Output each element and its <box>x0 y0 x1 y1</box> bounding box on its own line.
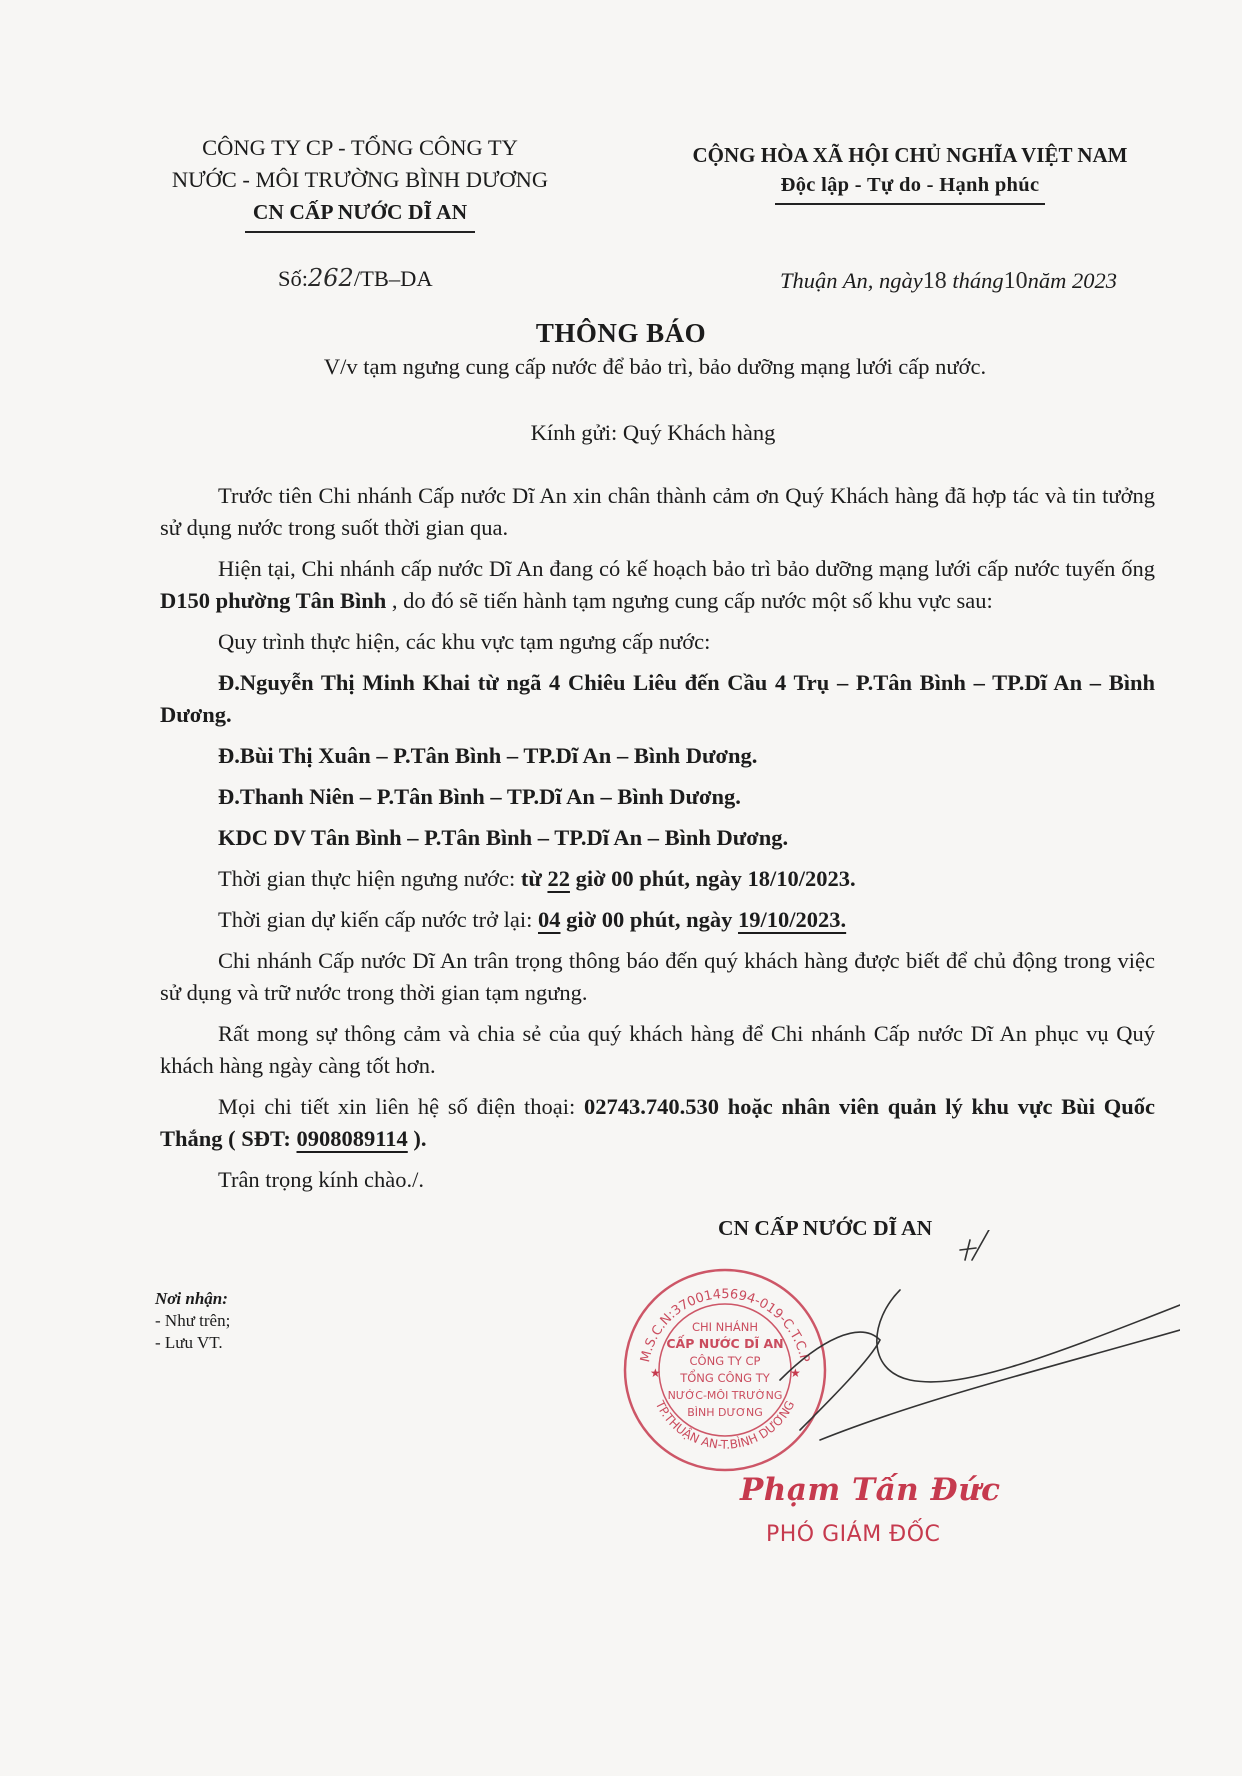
recipient-item: - Lưu VT. <box>155 1332 230 1354</box>
affected-area: KDC DV Tân Bình – P.Tân Bình – TP.Dĩ An … <box>160 822 1155 854</box>
svg-text:BÌNH DƯƠNG: BÌNH DƯƠNG <box>687 1406 763 1419</box>
doc-number-suffix: /TB–DA <box>354 266 433 291</box>
stop-time: Thời gian thực hiện ngưng nước: từ 22 gi… <box>160 863 1155 895</box>
greeting: Kính gửi: Quý Khách hàng <box>0 420 1242 446</box>
stop-from: từ <box>521 866 548 891</box>
doc-number-handwritten: 262 <box>308 264 354 292</box>
document-body: Trước tiên Chi nhánh Cấp nước Dĩ An xin … <box>160 480 1155 1205</box>
issue-date: Thuận An, ngày18 tháng10năm 2023 <box>780 268 1117 295</box>
resume-time-mid: giờ 00 phút, ngày <box>561 907 739 932</box>
date-month-label: tháng <box>952 268 1003 293</box>
contact-phone: 02743.740.530 <box>584 1094 719 1119</box>
contact-end: ). <box>408 1126 427 1151</box>
stop-hour: 22 <box>547 866 570 891</box>
resume-time: Thời gian dự kiến cấp nước trở lại: 04 g… <box>160 904 1155 936</box>
date-month: 10 <box>1004 268 1028 294</box>
signatory-title: PHÓ GIÁM ĐỐC <box>766 1522 940 1547</box>
nation-name: CỘNG HÒA XÃ HỘI CHỦ NGHĨA VIỆT NAM <box>650 140 1170 170</box>
date-day: 18 <box>923 268 947 294</box>
issuer-line-1: CÔNG TY CP - TỔNG CÔNG TY <box>140 132 580 164</box>
stop-time-rest: giờ 00 phút, ngày 18/10/2023. <box>570 866 856 891</box>
paragraph-maintenance-plan: Hiện tại, Chi nhánh cấp nước Dĩ An đang … <box>160 553 1155 617</box>
issuer-underline <box>245 231 475 233</box>
closing: Trân trọng kính chào./. <box>160 1164 1155 1196</box>
handwritten-signature-icon <box>760 1230 1180 1450</box>
svg-text:CÔNG TY CP: CÔNG TY CP <box>690 1353 761 1368</box>
affected-area: Đ.Thanh Niên – P.Tân Bình – TP.Dĩ An – B… <box>160 781 1155 813</box>
issuer-line-2: NƯỚC - MÔI TRƯỜNG BÌNH DƯƠNG <box>140 164 580 196</box>
national-header: CỘNG HÒA XÃ HỘI CHỦ NGHĨA VIỆT NAM Độc l… <box>650 140 1170 205</box>
resume-hour: 04 <box>538 907 561 932</box>
issuer-header: CÔNG TY CP - TỔNG CÔNG TY NƯỚC - MÔI TRƯ… <box>140 132 580 233</box>
stop-time-label: Thời gian thực hiện ngưng nước: <box>218 866 521 891</box>
affected-area: Đ.Bùi Thị Xuân – P.Tân Bình – TP.Dĩ An –… <box>160 740 1155 772</box>
date-year: năm 2023 <box>1028 268 1117 293</box>
paragraph-contact: Mọi chi tiết xin liên hệ số điện thoại: … <box>160 1091 1155 1155</box>
national-motto: Độc lập - Tự do - Hạnh phúc <box>650 170 1170 200</box>
document-title: THÔNG BÁO <box>0 318 1242 349</box>
motto-underline <box>775 203 1045 205</box>
contact-text: Mọi chi tiết xin liên hệ số điện thoại: <box>218 1094 584 1119</box>
paragraph-apology: Rất mong sự thông cảm và chia sẻ của quý… <box>160 1018 1155 1082</box>
contact-mobile: 0908089114 <box>297 1126 408 1151</box>
paragraph-notice: Chi nhánh Cấp nước Dĩ An trân trọng thôn… <box>160 945 1155 1009</box>
pipeline-location: D150 phường Tân Bình <box>160 588 386 613</box>
doc-number-prefix: Số: <box>278 266 308 291</box>
paragraph-thanks-intro: Trước tiên Chi nhánh Cấp nước Dĩ An xin … <box>160 480 1155 544</box>
recipient-item: - Như trên; <box>155 1310 230 1332</box>
resume-date: 19/10/2023. <box>738 907 846 932</box>
signatory-name: Phạm Tấn Đức <box>740 1472 1001 1508</box>
resume-time-label: Thời gian dự kiến cấp nước trở lại: <box>218 907 538 932</box>
issuer-branch: CN CẤP NƯỚC DĨ AN <box>140 196 580 228</box>
paragraph-areas-intro: Quy trình thực hiện, các khu vực tạm ngư… <box>160 626 1155 658</box>
document-number: Số:262/TB–DA <box>278 264 433 292</box>
recipients: Nơi nhận: - Như trên; - Lưu VT. <box>155 1288 230 1354</box>
svg-text:TỔNG CÔNG TY: TỔNG CÔNG TY <box>679 1369 771 1385</box>
plan-text-end: , do đó sẽ tiến hành tạm ngưng cung cấp … <box>386 588 993 613</box>
svg-text:CHI NHÁNH: CHI NHÁNH <box>692 1319 758 1334</box>
svg-text:★: ★ <box>650 1366 661 1380</box>
recipients-label: Nơi nhận: <box>155 1288 230 1310</box>
document-subject: V/v tạm ngưng cung cấp nước để bảo trì, … <box>0 354 1242 380</box>
affected-area: Đ.Nguyễn Thị Minh Khai từ ngã 4 Chiêu Li… <box>160 667 1155 731</box>
date-place: Thuận An, ngày <box>780 268 923 293</box>
plan-text: Hiện tại, Chi nhánh cấp nước Dĩ An đang … <box>218 556 1155 581</box>
